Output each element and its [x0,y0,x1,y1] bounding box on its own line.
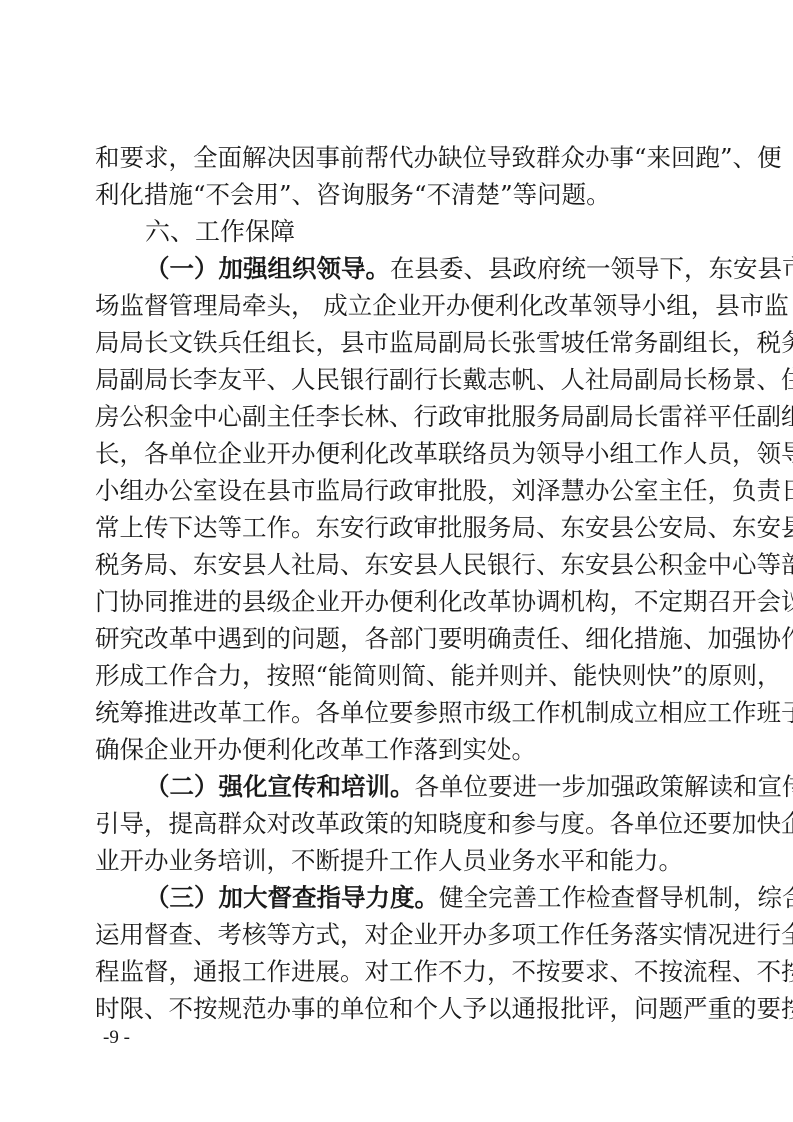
paragraph-line: 确保企业开办便利化改革工作落到实处。 [95,731,709,768]
paragraph-line: 税务局、东安县人社局、东安县人民银行、东安县公积金中心等部 [95,546,709,583]
subsection-line: （一）加强组织领导。在县委、县政府统一领导下，东安县市 [145,250,709,287]
paragraph-text: 各单位要进一步加强政策解读和宣传 [415,772,793,801]
paragraph-line: 形成工作合力，按照“能简则简、能并则并、能快则快”的原则， [95,657,709,694]
paragraph-text: 在县委、县政府统一领导下，东安县市 [390,254,793,283]
document-page: 和要求，全面解决因事前帮代办缺位导致群众办事“来回跑”、便 利化措施“不会用”、… [0,0,793,1122]
paragraph-line: 研究改革中遇到的问题，各部门要明确责任、细化措施、加强协作， [95,620,709,657]
paragraph-line: 局局长文铁兵任组长，县市监局副局长张雪坡任常务副组长，税务 [95,324,709,361]
subsection-line: （三）加大督查指导力度。健全完善工作检查督导机制，综合 [145,879,709,916]
paragraph-text: 健全完善工作检查督导机制，综合 [439,883,793,912]
paragraph-line: 统筹推进改革工作。各单位要参照市级工作机制成立相应工作班子， [95,694,709,731]
paragraph-line: 长，各单位企业开办便利化改革联络员为领导小组工作人员，领导 [95,435,709,472]
paragraph-line: 房公积金中心副主任李长林、行政审批服务局副局长雷祥平任副组 [95,398,709,435]
paragraph-line: 局副局长李友平、人民银行副行长戴志帆、人社局副局长杨景、住 [95,361,709,398]
subsection-title: （二）强化宣传和培训。 [145,772,415,801]
paragraph-line: 引导，提高群众对改革政策的知晓度和参与度。各单位还要加快企 [95,805,709,842]
paragraph-line: 小组办公室设在县市监局行政审批股，刘泽慧办公室主任，负责日 [95,472,709,509]
page-number: -9 - [103,1027,130,1049]
paragraph-line: 时限、不按规范办事的单位和个人予以通报批评，问题严重的要按 [95,990,709,1027]
subsection-title: （一）加强组织领导。 [145,254,390,283]
paragraph-line: 常上传下达等工作。东安行政审批服务局、东安县公安局、东安县 [95,509,709,546]
paragraph-line: 场监督管理局牵头， 成立企业开办便利化改革领导小组，县市监 [95,287,709,324]
paragraph-line: 业开办业务培训，不断提升工作人员业务水平和能力。 [95,842,709,879]
paragraph-line: 运用督查、考核等方式，对企业开办多项工作任务落实情况进行全 [95,916,709,953]
paragraph-line: 门协同推进的县级企业开办便利化改革协调机构，不定期召开会议 [95,583,709,620]
paragraph-line: 程监督，通报工作进展。对工作不力，不按要求、不按流程、不按 [95,953,709,990]
paragraph-line: 利化措施“不会用”、咨询服务“不清楚”等问题。 [95,176,709,213]
paragraph-line: 和要求，全面解决因事前帮代办缺位导致群众办事“来回跑”、便 [95,139,709,176]
subsection-line: （二）强化宣传和培训。各单位要进一步加强政策解读和宣传 [145,768,709,805]
section-heading: 六、工作保障 [145,213,709,250]
subsection-title: （三）加大督查指导力度。 [145,883,439,912]
